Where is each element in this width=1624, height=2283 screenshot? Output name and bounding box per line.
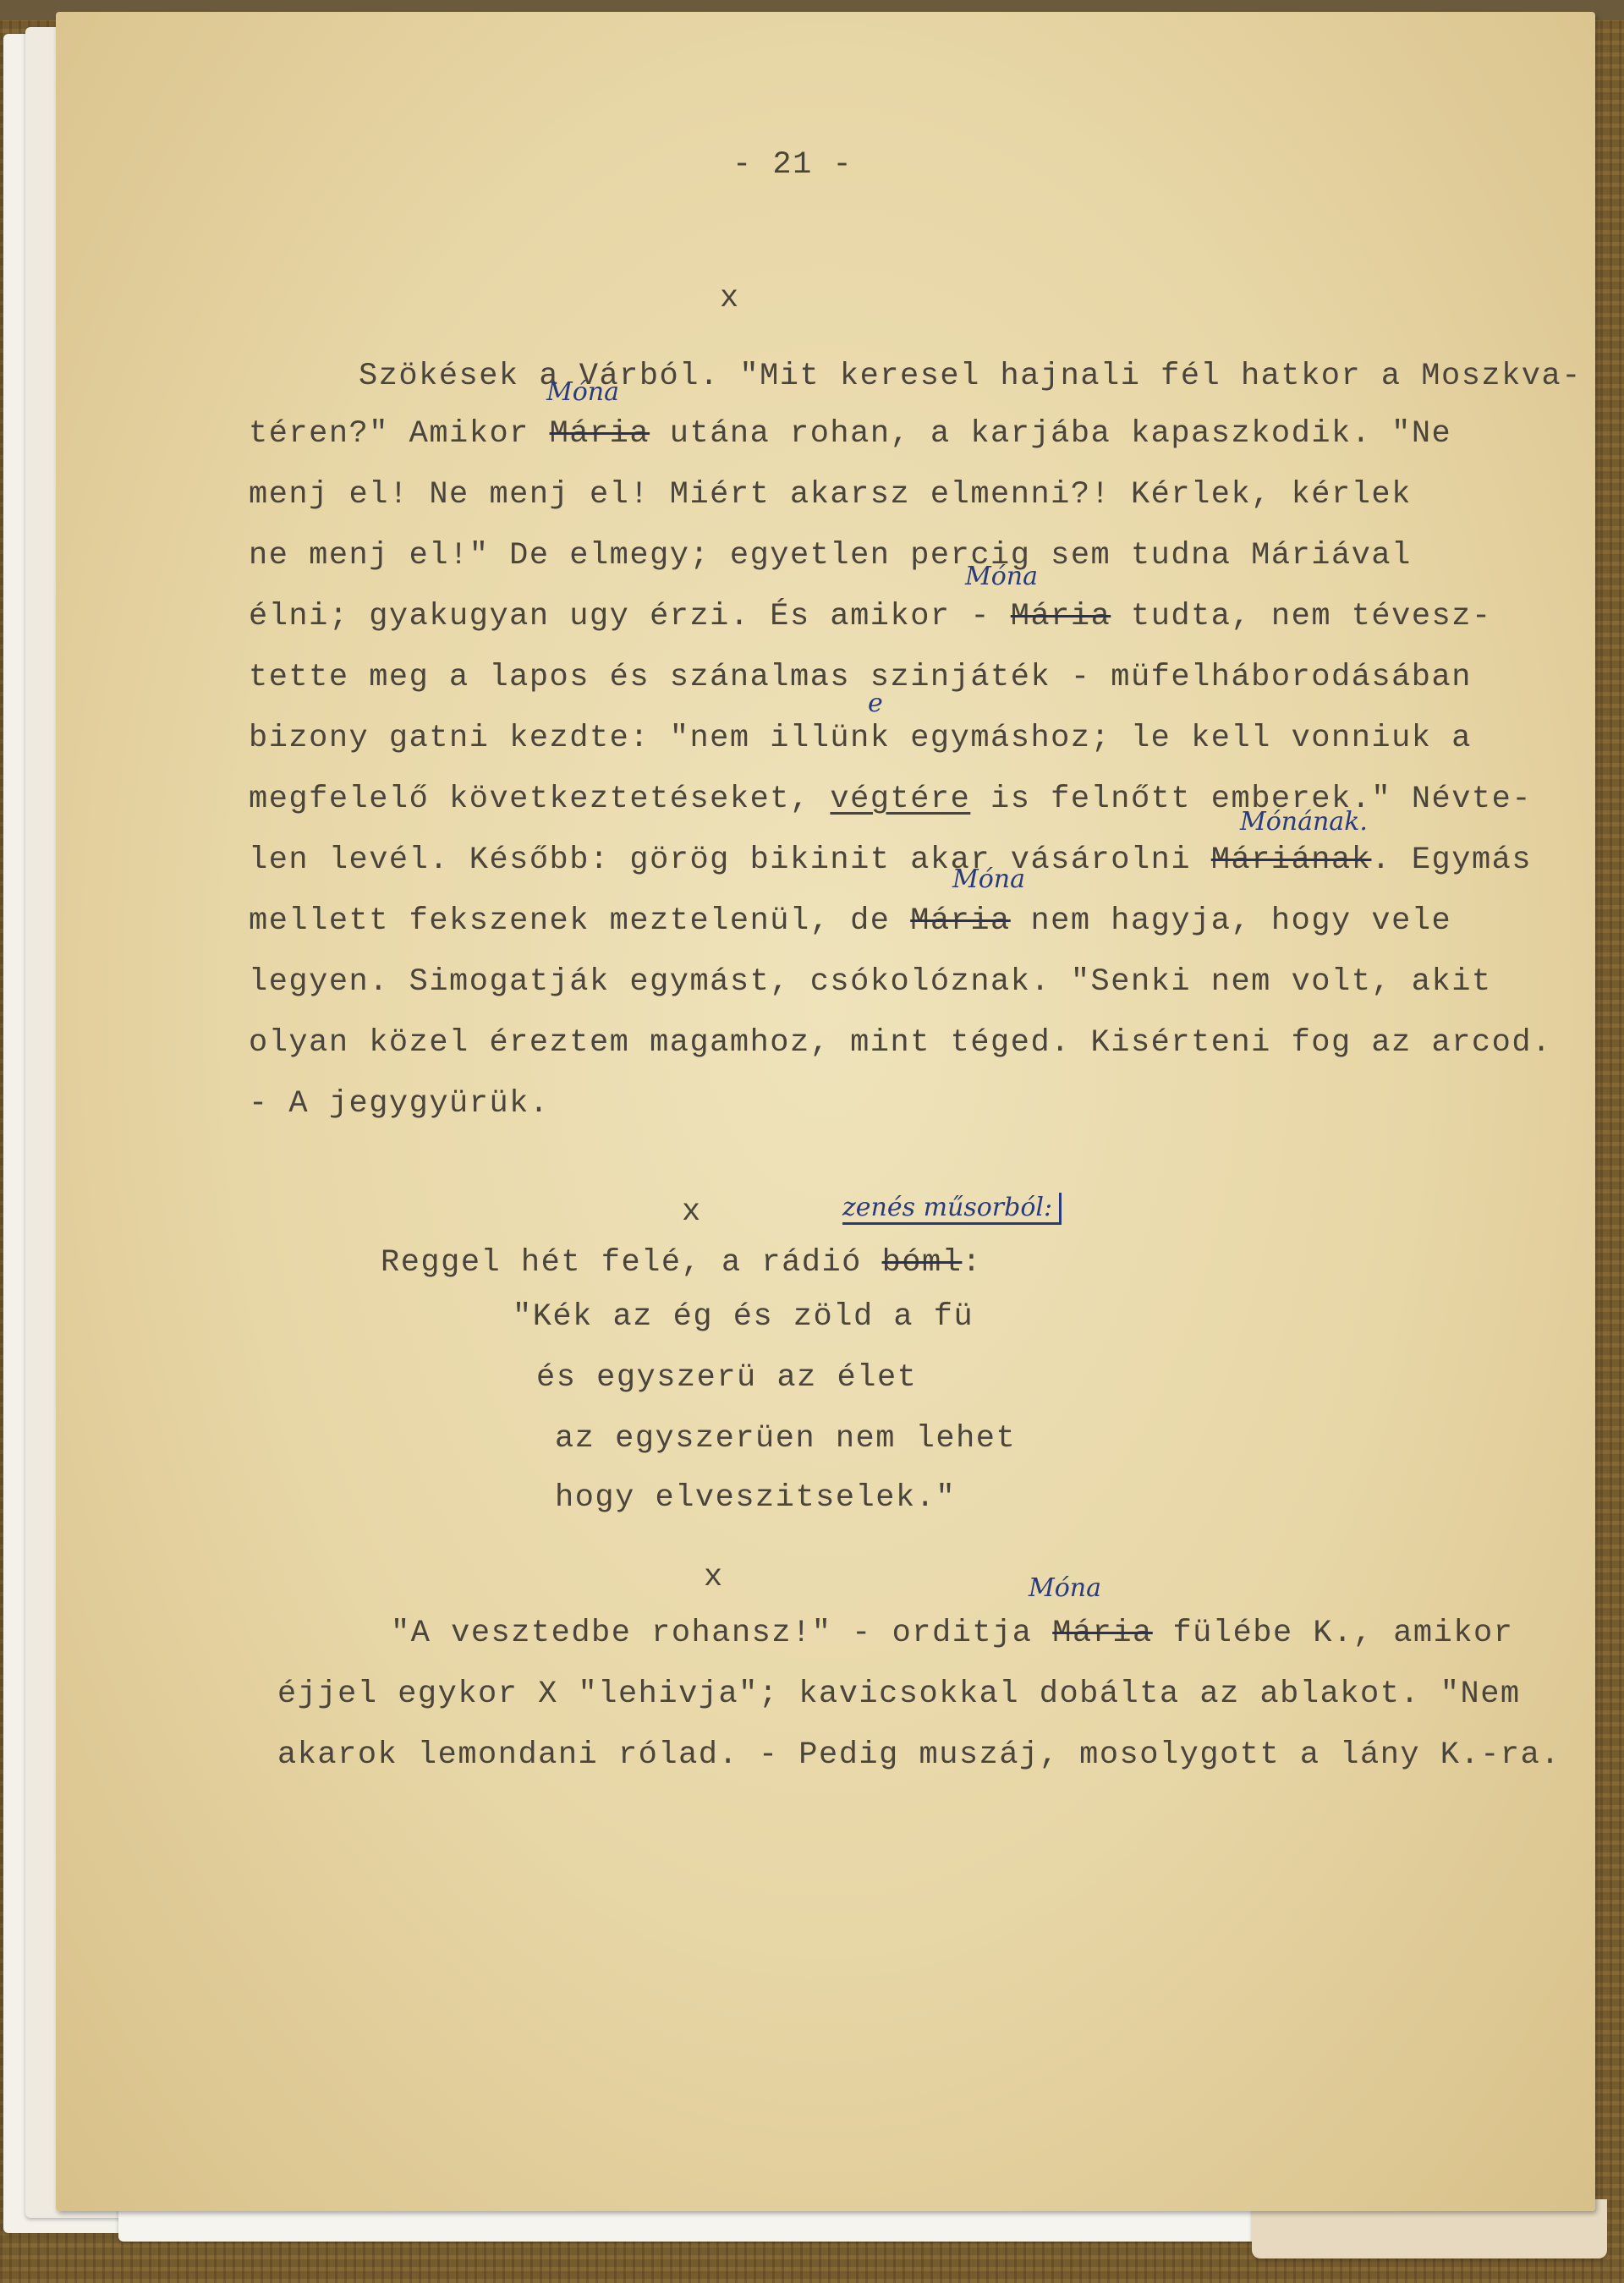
text-line: bizony gatni kezdte: "nem illünk egymásh… [249,721,1472,756]
section-marker: x [704,1560,724,1595]
text-line: len levél. Később: görög bikinit akar vá… [249,842,1532,878]
handwritten-insert: e [868,689,883,718]
text-line: olyan közel éreztem magamhoz, mint téged… [249,1025,1552,1061]
poem-line: az egyszerüen nem lehet [555,1421,1016,1457]
typewritten-page: - 21 - x Szökések a Várból. "Mit keresel… [56,12,1595,2211]
text-line: tette meg a lapos és szánalmas szinjáték… [249,660,1472,695]
underlined-word: végtére [830,782,970,817]
text-line: Szökések a Várból. "Mit keresel hajnali … [359,359,1582,394]
page-number: - 21 - [732,147,853,183]
text-line: Reggel hét felé, a rádió bóml: [381,1245,982,1281]
text-line: éjjel egykor X "lehivja"; kavicsokkal do… [277,1677,1521,1712]
text-line: legyen. Simogatják egymást, csókolóznak.… [249,964,1492,1000]
section-marker: x [682,1194,702,1230]
struck-word: bóml [882,1245,963,1281]
struck-word: Mária [1011,599,1111,634]
poem-line: hogy elveszitselek." [555,1480,956,1516]
poem-line: "Kék az ég és zöld a fü [513,1299,974,1335]
handwritten-correction: Móna [546,377,619,407]
text-line: menj el! Ne menj el! Miért akarsz elmenn… [249,477,1412,513]
handwritten-correction: Móna [965,562,1038,591]
text-line: ne menj el!" De elmegy; egyetlen percig … [249,538,1412,573]
struck-word: Máriának [1211,842,1372,878]
text-line: téren?" Amikor Mária utána rohan, a karj… [249,416,1451,452]
struck-word: Mária [550,416,650,452]
text-line: élni; gyakugyan ugy érzi. És amikor - Má… [249,599,1492,634]
handwritten-correction: Móna [952,864,1025,894]
struck-word: Mária [910,903,1011,939]
text-line: - A jegygyürük. [249,1086,550,1122]
section-marker: x [720,281,740,316]
poem-line: és egyszerü az élet [536,1360,917,1396]
text-line: akarok lemondani rólad. - Pedig muszáj, … [277,1737,1561,1773]
struck-word: Mária [1052,1616,1153,1651]
handwritten-correction: Mónának. [1240,807,1368,837]
text-line: mellett fekszenek meztelenül, de Mária n… [249,903,1451,939]
handwritten-insert: zenés műsorból: [842,1193,1062,1225]
text-line: "A vesztedbe rohansz!" - orditja Mária f… [391,1616,1513,1651]
handwritten-correction: Móna [1029,1573,1101,1603]
